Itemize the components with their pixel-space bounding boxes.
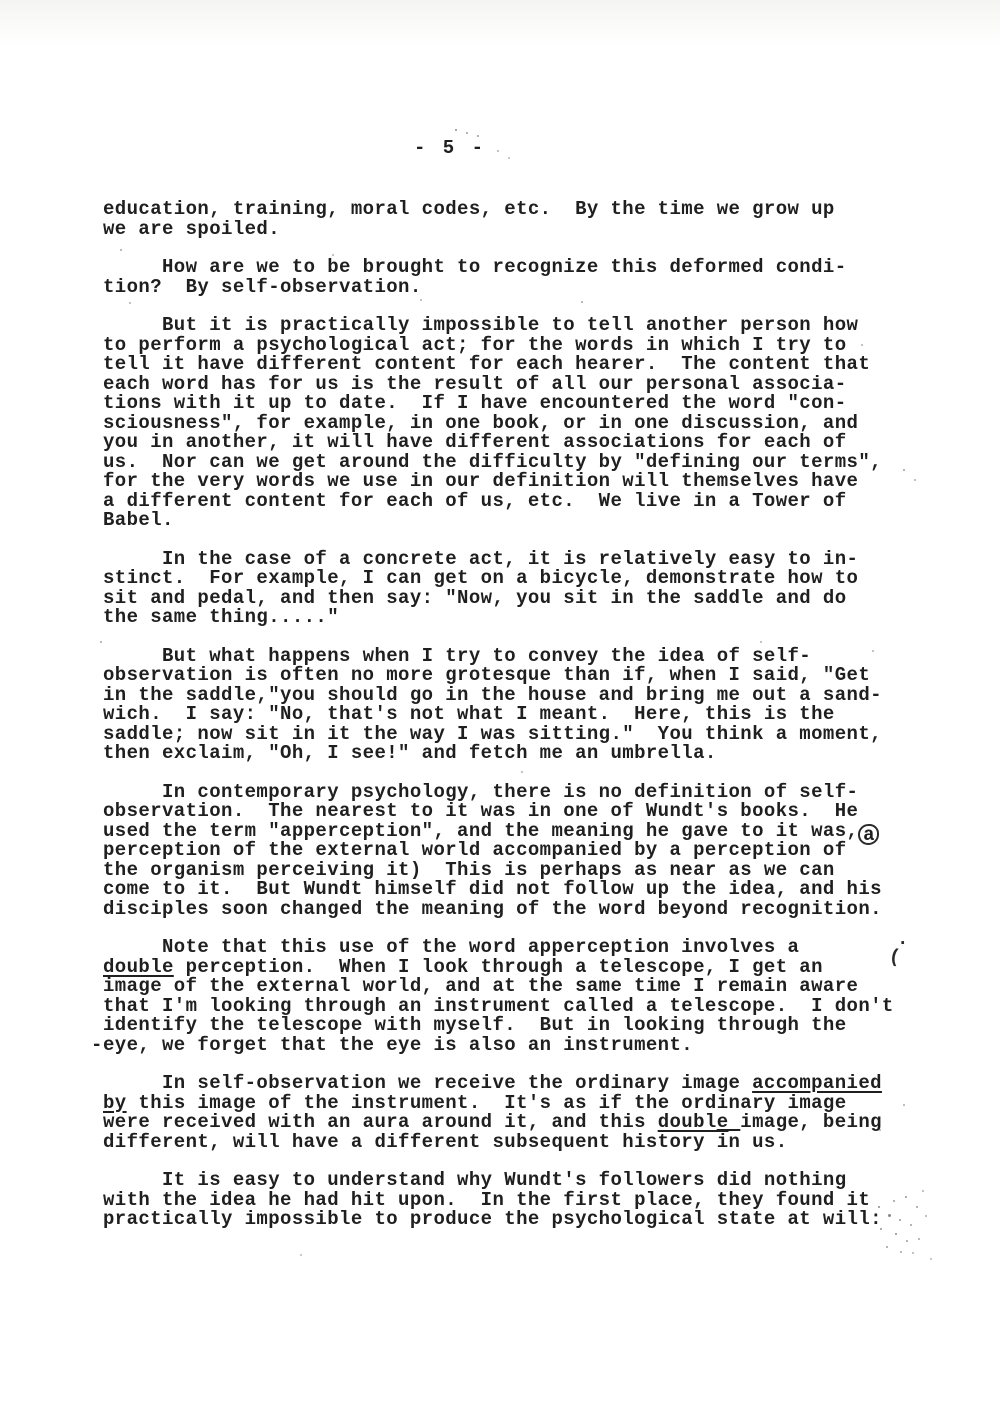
noise-speckle: [300, 1254, 302, 1256]
noise-speckle: [886, 1246, 888, 1248]
paragraph: How are we to be brought to recognize th…: [103, 258, 894, 297]
noise-speckle: [916, 1206, 918, 1208]
noise-speckle: [861, 344, 863, 346]
noise-speckle: [910, 1224, 912, 1226]
noise-speckle: [912, 1252, 914, 1254]
document-body: education, training, moral codes, etc. B…: [103, 200, 894, 1249]
text-line: then exclaim, "Oh, I see!" and fetch me …: [103, 744, 894, 764]
noise-speckle: [466, 132, 468, 134]
noise-speckle: [895, 1233, 897, 1235]
noise-speckle: [879, 1129, 881, 1131]
paragraph: education, training, moral codes, etc. B…: [103, 200, 894, 239]
noise-speckle: [760, 641, 762, 643]
noise-speckle: [930, 1258, 932, 1260]
noise-speckle: [521, 771, 523, 773]
margin-mark: (: [888, 945, 902, 968]
text-line: practically impossible to produce the ps…: [103, 1210, 894, 1230]
noise-speckle: [922, 1190, 924, 1192]
text-line: different, will have a different subsequ…: [103, 1133, 894, 1153]
noise-speckle: [120, 249, 122, 251]
noise-speckle: [906, 1240, 908, 1242]
paragraph: But what happens when I try to convey th…: [103, 647, 894, 764]
text-line: a different content for each of us, etc.…: [103, 492, 894, 512]
noise-speckle: [497, 150, 499, 152]
noise-speckle: [581, 301, 583, 303]
scanned-page: - 5 - education, training, moral codes, …: [0, 0, 1000, 1418]
noise-speckle: [900, 1251, 902, 1253]
text-line: -eye, we forget that the eye is also an …: [103, 1036, 894, 1056]
text-line: we are spoiled.: [103, 220, 894, 240]
noise-speckle: [878, 1206, 880, 1208]
text-line: disciples soon changed the meaning of th…: [103, 900, 894, 920]
noise-speckle: [914, 479, 916, 481]
paragraph: In self-observation we receive the ordin…: [103, 1074, 894, 1152]
noise-speckle: [129, 302, 131, 304]
noise-speckle: [420, 299, 422, 301]
scan-edge-shading: [0, 0, 1000, 46]
noise-speckle: [888, 1214, 891, 1217]
paragraph: But it is practically impossible to tell…: [103, 316, 894, 531]
noise-speckle: [893, 1200, 895, 1202]
noise-speckle: [918, 1238, 920, 1240]
noise-speckle: [455, 129, 457, 131]
paragraph: Note that this use of the word appercept…: [103, 938, 894, 1055]
noise-speckle: [100, 641, 102, 643]
page-number: - 5 -: [0, 137, 900, 159]
noise-speckle: [880, 1228, 882, 1230]
paragraph: In contemporary psychology, there is no …: [103, 783, 894, 920]
text-line: the same thing.....": [103, 608, 894, 628]
noise-speckle: [903, 469, 905, 471]
text-line: tion? By self-observation.: [103, 278, 894, 298]
noise-speckle: [872, 650, 874, 652]
paragraph: It is easy to understand why Wundt's fol…: [103, 1171, 894, 1230]
noise-speckle: [332, 254, 334, 256]
noise-speckle: [477, 135, 479, 137]
noise-speckle: [925, 1215, 927, 1217]
noise-speckle: [905, 1196, 907, 1198]
noise-speckle: [899, 1219, 901, 1221]
noise-speckle: [508, 157, 510, 159]
noise-speckle: [903, 1104, 905, 1106]
paragraph: In the case of a concrete act, it is rel…: [103, 550, 894, 628]
text-line: Babel.: [103, 511, 894, 531]
